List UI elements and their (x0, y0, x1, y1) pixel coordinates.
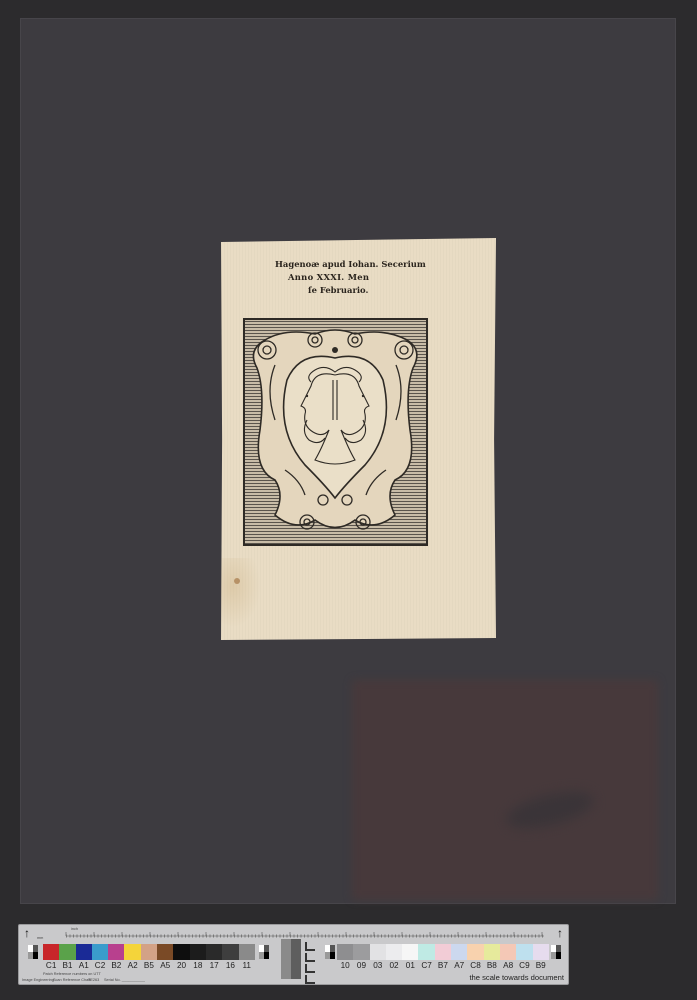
gray-target-mid-right (325, 945, 335, 959)
patch-A8 (500, 944, 516, 960)
patch-label: C2 (92, 961, 108, 970)
patch-label: B1 (59, 961, 75, 970)
patch-row-right (337, 944, 549, 960)
patch-C2 (92, 944, 108, 960)
patch-A7 (451, 944, 467, 960)
patch-B1 (59, 944, 75, 960)
patch-label: 01 (402, 961, 418, 970)
up-arrow-icon-right: ↑ (557, 926, 563, 940)
patch-label: A7 (451, 961, 467, 970)
gray-target-right (551, 945, 561, 959)
patch-label: B9 (533, 961, 549, 970)
patch-label: B5 (141, 961, 157, 970)
imprint-line-2: Anno XXXI. Men (275, 271, 445, 284)
patch-labels-left: C1 B1 A1 C2 B2 A2 B5 A5 20 18 17 16 11 (43, 961, 255, 970)
scale-note: the scale towards document (469, 973, 564, 982)
patch-C1 (43, 944, 59, 960)
patch-B9 (533, 944, 549, 960)
chart-brand: Image Engineering (22, 978, 54, 982)
patch-A1 (76, 944, 92, 960)
patch-label: 03 (370, 961, 386, 970)
patch-label: 02 (386, 961, 402, 970)
patch-labels-right: 10 09 03 02 01 C7 B7 A7 C8 B8 A8 C9 B9 (337, 961, 549, 970)
patch-label: B2 (108, 961, 124, 970)
patch-B8 (484, 944, 500, 960)
patch-17 (206, 944, 222, 960)
foxing-spot (234, 578, 240, 584)
patch-label: B8 (484, 961, 500, 970)
patch-B5 (141, 944, 157, 960)
gray-target-left (28, 945, 38, 959)
patch-label: A2 (124, 961, 140, 970)
janus-cartouche-icon (245, 320, 426, 544)
patch-reference-note: Patch Reference numbers on UTT (43, 972, 101, 976)
imprint-line-1: Hagenoæ apud Iohan. Secerium (275, 258, 445, 271)
patch-label: 16 (222, 961, 238, 970)
patch-01 (402, 944, 418, 960)
patch-label: 17 (206, 961, 222, 970)
scan-reference-color-chart: ↑ ↑ mm inch (18, 924, 569, 985)
patch-label: C7 (418, 961, 434, 970)
janus-woodcut-illustration (243, 318, 428, 546)
patch-A5 (157, 944, 173, 960)
chart-model: TE263 (88, 978, 99, 982)
patch-B7 (435, 944, 451, 960)
colophon-imprint: Hagenoæ apud Iohan. Secerium Anno XXXI. … (275, 258, 445, 297)
gray-target-mid-left (259, 945, 269, 959)
gray-density-block (281, 939, 301, 979)
patch-C8 (467, 944, 483, 960)
patch-label: 11 (239, 961, 255, 970)
patch-16 (222, 944, 238, 960)
imprint-line-3: ſe Februario. (275, 284, 445, 297)
patch-20 (173, 944, 189, 960)
chart-serial: Serial No. ___________ (104, 978, 145, 982)
patch-label: B7 (435, 961, 451, 970)
patch-label: C8 (467, 961, 483, 970)
board-stain (352, 680, 658, 900)
patch-label: A1 (76, 961, 92, 970)
patch-label: C1 (43, 961, 59, 970)
patch-B2 (108, 944, 124, 960)
document-page: Hagenoæ apud Iohan. Secerium Anno XXXI. … (221, 238, 496, 640)
patch-C7 (418, 944, 434, 960)
patch-label: C9 (516, 961, 532, 970)
patch-label: 09 (353, 961, 369, 970)
patch-row-left (43, 944, 255, 960)
patch-label: 18 (190, 961, 206, 970)
patch-label: 10 (337, 961, 353, 970)
patch-02 (386, 944, 402, 960)
ruler-unit-inch: inch (71, 927, 78, 931)
patch-03 (370, 944, 386, 960)
patch-A2 (124, 944, 140, 960)
ruler-unit-mm: mm (37, 936, 43, 940)
patch-label: A5 (157, 961, 173, 970)
patch-09 (353, 944, 369, 960)
patch-10 (337, 944, 353, 960)
resolution-marks (305, 942, 317, 978)
patch-label: 20 (173, 961, 189, 970)
patch-label: A8 (500, 961, 516, 970)
patch-C9 (516, 944, 532, 960)
patch-11 (239, 944, 255, 960)
up-arrow-icon: ↑ (24, 926, 30, 940)
patch-18 (190, 944, 206, 960)
chart-title: Scan Reference Chart (53, 978, 91, 982)
ruler-scale-icon (54, 929, 544, 939)
